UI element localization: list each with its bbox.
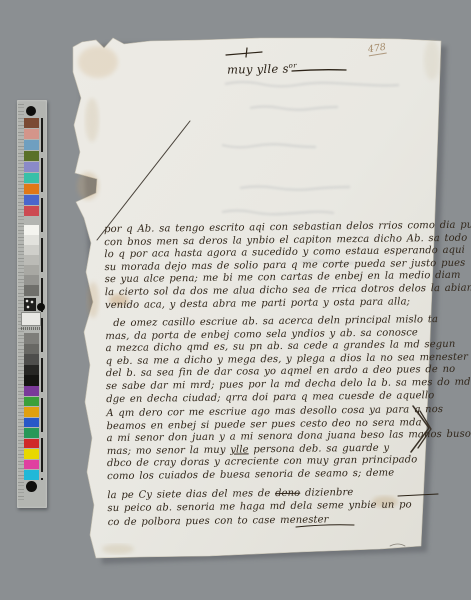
calibration-color-patch xyxy=(24,151,39,161)
calibration-color-patch xyxy=(24,195,39,205)
calibration-checker-pattern xyxy=(22,313,40,325)
calibration-color-patch xyxy=(24,140,39,150)
calibration-color-patch xyxy=(24,418,39,428)
calibration-color-patch xyxy=(24,225,39,235)
calibration-color-patch xyxy=(24,344,39,355)
calibration-microtext xyxy=(21,327,41,330)
calibration-color-patch xyxy=(24,265,39,275)
struck-word: deno xyxy=(275,488,300,499)
calibration-color-patch xyxy=(24,365,39,376)
calibration-color-patch xyxy=(24,354,39,365)
calibration-color-patch xyxy=(24,470,39,480)
calibration-registration-dot xyxy=(26,481,37,492)
calibration-reference-line xyxy=(41,118,43,480)
calibration-color-patch xyxy=(24,118,39,128)
calibration-color-patch xyxy=(24,407,39,417)
calibration-color-patch xyxy=(24,439,39,449)
photograph-stage: 478 muy ylle sor por q Ab. sa tengo escr… xyxy=(0,0,471,600)
letter-paragraph: por q Ab. sa tengo escrito aqi con sebas… xyxy=(104,219,471,312)
calibration-color-patch xyxy=(24,162,39,172)
text-segment: dizienbre xyxy=(300,487,353,499)
letter-paragraph: de omez casillo escriue ab. sa acerca de… xyxy=(105,314,471,407)
calibration-color-patch xyxy=(24,173,39,183)
text-segment: mas; mo senor la muy xyxy=(107,444,231,457)
calibration-color-patch xyxy=(24,333,39,344)
calibration-color-patch xyxy=(24,245,39,255)
salutation-text: muy ylle xyxy=(227,62,279,77)
text-segment: la pe Cy siete dias del mes de xyxy=(107,488,275,501)
letter-paragraph: la pe Cy siete dias del mes de deno dizi… xyxy=(107,485,412,529)
calibration-color-patch xyxy=(24,428,39,438)
calibration-color-patch xyxy=(24,235,39,245)
calibration-color-patch xyxy=(24,255,39,265)
calibration-registration-dot xyxy=(26,106,36,116)
salutation-superscript: or xyxy=(289,62,297,70)
calibration-color-patch xyxy=(24,275,39,285)
underlined-word: ylle xyxy=(230,444,249,455)
salutation-heading: muy ylle sor xyxy=(227,61,297,76)
calibration-color-patch xyxy=(24,285,39,296)
calibration-color-patch xyxy=(24,206,39,216)
calibration-registration-dot xyxy=(37,303,45,311)
calibration-color-patch xyxy=(24,375,39,386)
calibration-resolution-target xyxy=(24,298,36,311)
calibration-color-patch xyxy=(24,397,39,407)
letter-paragraph: A qm dero cor me escriue ago mas desollo… xyxy=(106,404,471,484)
calibration-color-patch xyxy=(24,460,39,470)
calibration-color-patch xyxy=(24,449,39,459)
calibration-color-patch xyxy=(24,386,39,396)
color-calibration-target xyxy=(17,100,47,508)
calibration-color-patch xyxy=(24,129,39,139)
text-segment: persona deb. sa guarde y xyxy=(249,442,390,455)
calibration-color-patch xyxy=(24,184,39,194)
